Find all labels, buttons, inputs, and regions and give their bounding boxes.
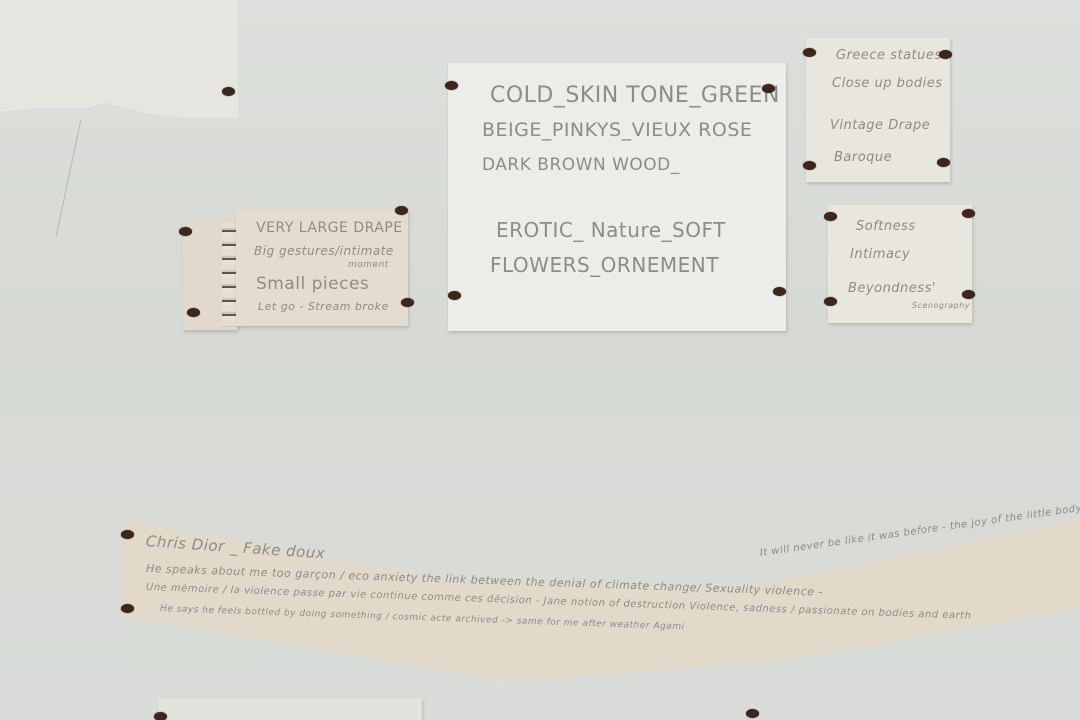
right-middle-swatch: Softness Intimacy Beyondness' Scenograph… bbox=[828, 205, 972, 323]
top-left-fabric-fragment bbox=[0, 0, 238, 118]
handwriting-line: Big gestures/intimate bbox=[254, 244, 394, 258]
stitch-knot bbox=[824, 297, 837, 306]
stitch-knot bbox=[937, 158, 950, 167]
stitch-knot bbox=[121, 604, 134, 613]
stitch-knot bbox=[762, 84, 775, 93]
stitch-knot bbox=[939, 50, 952, 59]
handwriting-line: Close up bodies bbox=[832, 76, 943, 91]
center-white-swatch: COLD_SKIN TONE_GREEN BEIGE_PINKYS_VIEUX … bbox=[448, 63, 786, 331]
stitch-knot bbox=[746, 709, 759, 718]
right-top-swatch: Greece statues Close up bodies Vintage D… bbox=[806, 38, 950, 182]
stitch-knot bbox=[121, 530, 134, 539]
handwriting-line: Intimacy bbox=[850, 247, 910, 262]
left-text-swatch: VERY LARGE DRAPE Big gestures/intimate m… bbox=[236, 210, 408, 326]
stitch-knot bbox=[187, 308, 200, 317]
stitch-knot bbox=[803, 48, 816, 57]
handwriting-line: BEIGE_PINKYS_VIEUX ROSE bbox=[482, 119, 752, 141]
stitch-knot bbox=[962, 209, 975, 218]
handwriting-line: Baroque bbox=[834, 150, 892, 165]
stitch-knot bbox=[395, 206, 408, 215]
handwriting-line: FLOWERS_ORNEMENT bbox=[490, 253, 719, 277]
handwriting-line: Beyondness' bbox=[848, 281, 936, 296]
stitch-knot bbox=[962, 290, 975, 299]
stitch-knot bbox=[179, 227, 192, 236]
stitch-knot bbox=[401, 298, 414, 307]
stitch-knot bbox=[824, 212, 837, 221]
stitch-knot bbox=[445, 81, 458, 90]
stitch-knot bbox=[154, 712, 167, 720]
handwriting-line: Small pieces bbox=[256, 274, 369, 294]
handwriting-line: VERY LARGE DRAPE bbox=[256, 220, 403, 236]
handwriting-line: Softness bbox=[856, 219, 916, 234]
handwriting-line: COLD_SKIN TONE_GREEN bbox=[490, 83, 780, 108]
stitch-knot bbox=[448, 291, 461, 300]
handwriting-line: EROTIC_ Nature_SOFT bbox=[496, 218, 726, 242]
stitch-knot bbox=[222, 87, 235, 96]
stitch-knot bbox=[803, 161, 816, 170]
handwriting-line: DARK BROWN WOOD_ bbox=[482, 155, 680, 175]
handwriting-line: Let go - Stream broke bbox=[258, 300, 389, 313]
stitch-knot bbox=[773, 287, 786, 296]
handwriting-line: Scenography bbox=[912, 301, 970, 310]
handwriting-line: moment bbox=[348, 260, 389, 270]
handwriting-line: Vintage Drape bbox=[830, 118, 930, 133]
bottom-edge-swatch bbox=[158, 698, 422, 720]
handwriting-line: Greece statues bbox=[836, 48, 942, 63]
